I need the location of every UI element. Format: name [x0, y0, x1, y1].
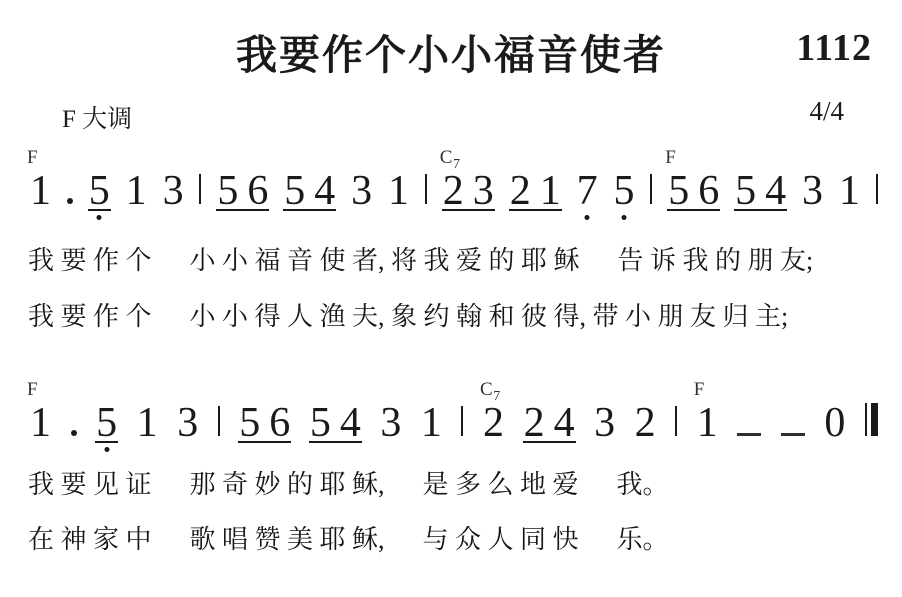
lyrics-line-2: 我 要 作 个小 小 得 人 渔 夫, 象 约 翰 和 彼 得, 带 小 朋 友… [28, 296, 788, 333]
note: 1 [540, 170, 561, 212]
note-group: 23C7 [443, 170, 494, 212]
note: 2 [635, 402, 656, 444]
note: 1 [388, 170, 409, 212]
lyric-segment: 我 要 作 个 [28, 296, 152, 333]
barline [425, 174, 427, 204]
lyric-segment: 我 要 见 证 [28, 464, 152, 501]
note: 5 [735, 170, 756, 212]
note-group: 1 [126, 170, 147, 212]
barline [876, 174, 878, 204]
note-group: 3 [380, 402, 401, 444]
low-octave-dot [621, 215, 626, 220]
note: 1 [421, 402, 442, 444]
note-group: 5 [96, 402, 117, 444]
note: 3 [177, 402, 198, 444]
chord-label: F [27, 380, 38, 399]
note: 7 [577, 170, 598, 212]
notation-line-1: 1F51356543123C7217556F5431 [30, 170, 878, 216]
note: 5 [96, 402, 117, 444]
note: 3 [380, 402, 401, 444]
note-group: 1F [30, 402, 51, 444]
lyric-segment: 我。 [617, 464, 669, 501]
note-group: 54 [735, 170, 786, 212]
lyric-segment: 告 诉 我 的 朋 友; [618, 240, 814, 277]
song-number: 1112 [796, 26, 872, 70]
final-barline-thick [871, 403, 878, 436]
eighth-note-beam [95, 441, 118, 443]
augmentation-dot [71, 430, 77, 436]
note-group: 1F [30, 170, 51, 212]
low-octave-dot [585, 215, 590, 220]
barline [199, 174, 201, 204]
song-title: 我要作个小小福音使者 [0, 22, 902, 81]
note-group: 2C7 [483, 402, 504, 444]
eighth-note-beam [734, 209, 787, 211]
note: 5 [668, 170, 689, 212]
note: 5 [217, 170, 238, 212]
note: 3 [473, 170, 494, 212]
note: 3 [594, 402, 615, 444]
note: 5 [89, 170, 110, 212]
chord-label: F [27, 148, 38, 167]
note: 1 [839, 170, 860, 212]
lyric-segment: 小 小 得 人 渔 夫, 象 约 翰 和 彼 得, 带 小 朋 友 归 主; [190, 296, 789, 333]
note: 4 [765, 170, 786, 212]
note: 1 [697, 402, 718, 444]
chord-label: C7 [480, 380, 501, 404]
note-group: 7 [577, 170, 598, 212]
note-group: 3 [177, 402, 198, 444]
lyric-segment: 与 众 人 同 快 [423, 519, 579, 556]
note-group: 56F [668, 170, 719, 212]
note-group: 1F [697, 402, 718, 444]
lyric-segment: 歌 唱 赞 美 耶 稣, [190, 519, 385, 556]
note: 2 [510, 170, 531, 212]
note-group: 1 [421, 402, 442, 444]
note: 3 [163, 170, 184, 212]
barline [650, 174, 652, 204]
barline [461, 406, 463, 436]
lyric-segment: 我 要 作 个 [28, 240, 152, 277]
note-group: 3 [351, 170, 372, 212]
held-note-dash [737, 433, 761, 436]
eighth-note-beam [667, 209, 720, 211]
note-group: 56 [217, 170, 268, 212]
note: 5 [284, 170, 305, 212]
note: 2 [524, 402, 545, 444]
note: 6 [698, 170, 719, 212]
note-group: 54 [310, 402, 361, 444]
note: 5 [613, 170, 634, 212]
note: 5 [239, 402, 260, 444]
augmentation-dot [67, 198, 73, 204]
note-group: 21 [510, 170, 561, 212]
note: 1 [30, 402, 51, 444]
note-group: 3 [802, 170, 823, 212]
note: 5 [310, 402, 331, 444]
eighth-note-beam [442, 209, 495, 211]
lyric-segment: 是 多 么 地 爱 [423, 464, 579, 501]
note: 6 [247, 170, 268, 212]
final-barline-thin [865, 403, 867, 436]
eighth-note-beam [509, 209, 562, 211]
held-note-dash [781, 433, 805, 436]
note-group: 54 [284, 170, 335, 212]
lyric-segment: 那 奇 妙 的 耶 稣, [190, 464, 385, 501]
notation-line-2: 1F5135654312C724321F0 [30, 402, 878, 448]
note-group: 3 [594, 402, 615, 444]
low-octave-dot [104, 447, 109, 452]
eighth-note-beam [88, 209, 111, 211]
eighth-note-beam [238, 441, 291, 443]
lyrics-line-4: 在 神 家 中歌 唱 赞 美 耶 稣,与 众 人 同 快乐。 [28, 519, 669, 556]
note: 2 [443, 170, 464, 212]
note-group: 5 [613, 170, 634, 212]
note: 1 [126, 170, 147, 212]
note: 3 [802, 170, 823, 212]
eighth-note-beam [216, 209, 269, 211]
note: 1 [137, 402, 158, 444]
note-group: 3 [163, 170, 184, 212]
chord-extension: 7 [493, 389, 501, 404]
note: 4 [314, 170, 335, 212]
chord-label: F [694, 380, 705, 399]
eighth-note-beam [523, 441, 576, 443]
barline [218, 406, 220, 436]
note: 6 [269, 402, 290, 444]
note-group: 5 [89, 170, 110, 212]
note-group: 56 [239, 402, 290, 444]
barline [675, 406, 677, 436]
note-group: 1 [388, 170, 409, 212]
note: 0 [824, 402, 845, 444]
low-octave-dot [97, 215, 102, 220]
note-group: 24 [524, 402, 575, 444]
chord-label: C7 [440, 148, 461, 172]
note-group: 0 [824, 402, 845, 444]
note-group: 1 [839, 170, 860, 212]
lyric-segment: 小 小 福 音 使 者, 将 我 爱 的 耶 稣 [190, 240, 580, 277]
note: 1 [30, 170, 51, 212]
note-group: 1 [137, 402, 158, 444]
eighth-note-beam [309, 441, 362, 443]
note: 4 [340, 402, 361, 444]
chord-extension: 7 [453, 157, 461, 172]
note-group: 2 [635, 402, 656, 444]
key-signature: F 大调 [62, 99, 132, 135]
note: 4 [554, 402, 575, 444]
lyrics-line-3: 我 要 见 证那 奇 妙 的 耶 稣,是 多 么 地 爱我。 [28, 464, 669, 501]
chord-label: F [665, 148, 676, 167]
time-signature: 4/4 [809, 96, 844, 127]
final-barline [865, 403, 878, 436]
lyrics-line-1: 我 要 作 个小 小 福 音 使 者, 将 我 爱 的 耶 稣告 诉 我 的 朋… [28, 240, 813, 277]
lyric-segment: 在 神 家 中 [28, 519, 152, 556]
eighth-note-beam [283, 209, 336, 211]
lyric-segment: 乐。 [617, 519, 669, 556]
note: 3 [351, 170, 372, 212]
note: 2 [483, 402, 504, 444]
